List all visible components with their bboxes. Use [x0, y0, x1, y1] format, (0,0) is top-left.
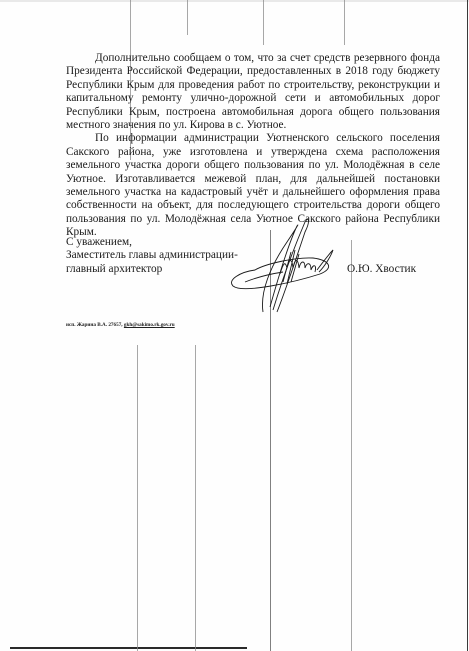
scan-edge-bottom	[10, 647, 247, 649]
scan-artifact-line	[351, 240, 352, 651]
scan-edge-right	[467, 0, 468, 651]
executor-email-link[interactable]: gkh@sakimo.rk.gov.ru	[124, 322, 175, 328]
scan-artifact-line	[344, 0, 345, 45]
executor-contact: исп. Жарина В.А. 27657, gkh@sakimo.rk.go…	[66, 322, 175, 328]
executor-info: исп. Жарина В.А. 27657,	[66, 322, 123, 328]
scan-artifact-line	[187, 0, 188, 35]
signature-icon	[225, 212, 345, 322]
scan-artifact-line	[137, 345, 138, 651]
signer-name: О.Ю. Хвостик	[347, 263, 416, 276]
paragraph-reserve-fund: Дополнительно сообщаем о том, что за сче…	[66, 52, 440, 132]
scan-artifact-line	[263, 0, 264, 45]
scan-artifact-line	[195, 345, 196, 651]
document-page: Дополнительно сообщаем о том, что за сче…	[0, 0, 469, 651]
scan-edge-top	[0, 0, 469, 2]
